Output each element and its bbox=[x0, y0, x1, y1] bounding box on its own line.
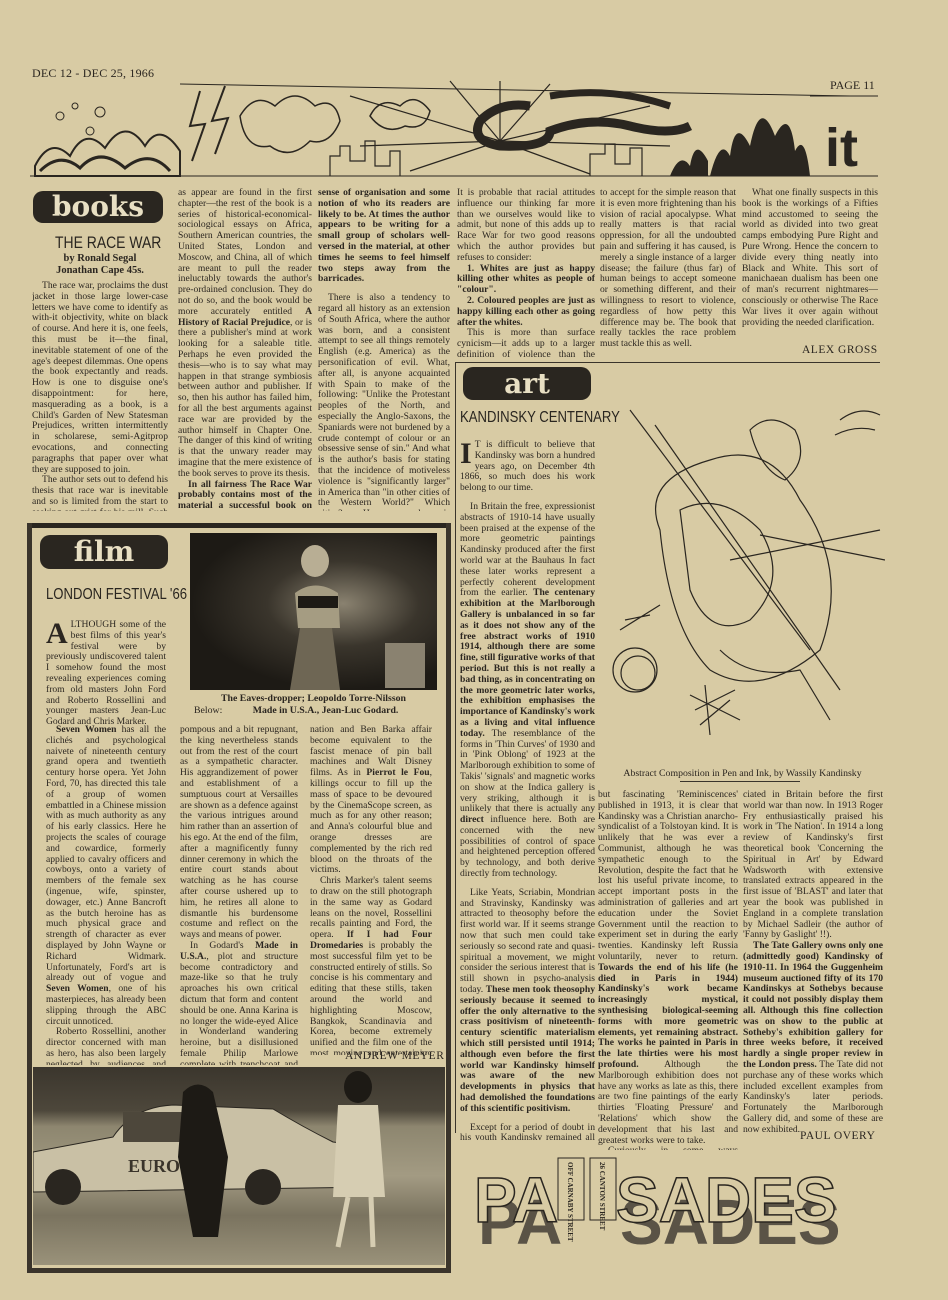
film-column-2: pompous and a bit repugnant, the king ne… bbox=[180, 725, 298, 1065]
books-signature: ALEX GROSS bbox=[802, 344, 878, 356]
art-headline: KANDINSKY CENTENARY bbox=[460, 409, 620, 427]
books-byline: by Ronald Segal Jonathan Cape 45s. bbox=[35, 253, 165, 277]
film-column-3: nation and Ben Barka affair become equiv… bbox=[310, 725, 432, 1055]
section-label-film: film bbox=[40, 535, 168, 569]
caption-below-label: Below: bbox=[194, 705, 222, 716]
books-column-3: sense of organisation and some notion of… bbox=[318, 188, 450, 511]
section-label-art: art bbox=[463, 367, 591, 400]
film-frame-top bbox=[27, 523, 451, 528]
film-paragraph-continued: nation and Ben Barka affair become equiv… bbox=[310, 725, 432, 876]
books-paragraph-continued: to accept for the simple reason that it … bbox=[600, 188, 736, 350]
books-paragraph: This is more than surface cynicism—it ad… bbox=[457, 328, 595, 358]
abstract-pen-ink-drawing bbox=[600, 390, 885, 765]
illustration-caption: Abstract Composition in Pen and Ink, by … bbox=[600, 768, 885, 779]
photo-figure-woman bbox=[190, 533, 437, 690]
film-photo-caption-below: Below: Made in U.S.A., Jean-Luc Godard. bbox=[190, 705, 437, 716]
art-paragraph: The Tate Gallery owns only one (admitted… bbox=[743, 941, 883, 1135]
books-column-4: It is probable that racial attitudes inf… bbox=[457, 188, 595, 358]
books-column-1: The race war, proclaims the dust jacket … bbox=[32, 281, 168, 511]
film-paragraph: In Godard's Made in U.S.A., plot and str… bbox=[180, 941, 298, 1065]
books-paragraph: There is also a tendency to regard all h… bbox=[318, 293, 450, 511]
books-paragraph-continued: as appear are found in the first chapter… bbox=[178, 188, 312, 480]
film-photo-caption: The Eaves-dropper; Leopoldo Torre-Nilsso… bbox=[190, 693, 437, 704]
film-frame-right bbox=[446, 523, 451, 1273]
books-column-6: What one finally suspects in this book i… bbox=[742, 188, 878, 348]
books-list-item-1: 1. Whites are just as happy killing othe… bbox=[457, 264, 595, 296]
art-paragraph: In Britain the free, expressionist abstr… bbox=[460, 502, 595, 880]
caption-rule bbox=[680, 781, 800, 782]
section-label-books: books bbox=[33, 191, 163, 223]
film-dropcap: A bbox=[46, 622, 68, 646]
books-headline: THE RACE WAR bbox=[55, 233, 161, 253]
film-column-1: Seven Women has all the clichés and psyc… bbox=[46, 725, 166, 1065]
film-photo-made-in-usa: EURO bbox=[33, 1067, 445, 1265]
art-paragraph: Curiously in some ways Kandinsky was bet… bbox=[598, 1146, 738, 1150]
books-column-2: as appear are found in the first chapter… bbox=[178, 188, 312, 511]
art-intro-text: T is difficult to believe that Kandinsky… bbox=[460, 440, 595, 493]
film-paragraph: Roberto Rossellini, another director con… bbox=[46, 1027, 166, 1065]
art-paragraph: Except for a period of doubt in his yout… bbox=[460, 1123, 595, 1140]
art-intro: IT is difficult to believe that Kandinsk… bbox=[460, 440, 595, 494]
art-column-1: IT is difficult to believe that Kandinsk… bbox=[460, 440, 595, 1140]
books-paragraph: The race war, proclaims the dust jacket … bbox=[32, 281, 168, 475]
art-column-3: ciated in Britain before the first world… bbox=[743, 790, 883, 1135]
svg-text:SADES: SADES bbox=[616, 1164, 837, 1236]
masthead-banner: it bbox=[30, 76, 878, 180]
books-paragraph: In all fairness The Race War probably co… bbox=[178, 480, 312, 511]
masthead-logo-text: it bbox=[825, 118, 858, 178]
art-dropcap: I bbox=[460, 442, 472, 466]
divider bbox=[455, 362, 880, 363]
books-list-item-2: 2. Coloured peoples are just as happy ki… bbox=[457, 296, 595, 328]
books-paragraph: What one finally suspects in this book i… bbox=[742, 188, 878, 328]
art-paragraph: Like Yeats, Scriabin, Mondrian and Strav… bbox=[460, 888, 595, 1115]
books-column-5: to accept for the simple reason that it … bbox=[600, 188, 736, 358]
film-paragraph-continued: pompous and a bit repugnant, the king ne… bbox=[180, 725, 298, 941]
film-signature: ANDREW MEYER bbox=[345, 1050, 444, 1062]
film-frame-left bbox=[27, 523, 32, 1273]
film-headline: LONDON FESTIVAL '66 bbox=[46, 586, 187, 604]
books-paragraph: It is probable that racial attitudes inf… bbox=[457, 188, 595, 264]
books-paragraph-continued: sense of organisation and some notion of… bbox=[318, 188, 450, 285]
art-signature: PAUL OVERY bbox=[800, 1130, 875, 1142]
psychedelic-banner-illustration: it bbox=[30, 76, 878, 180]
film-paragraph: Seven Women has all the clichés and psyc… bbox=[46, 725, 166, 1027]
art-paragraph-continued: but fascinating 'Reminiscences' publishe… bbox=[598, 790, 738, 1146]
art-column-2: but fascinating 'Reminiscences' publishe… bbox=[598, 790, 738, 1150]
books-author: by Ronald Segal bbox=[35, 253, 165, 265]
newspaper-page: DEC 12 - DEC 25, 1966 PAGE 11 bbox=[0, 0, 948, 1300]
ad-address-line-2: OFF CARNABY STREET bbox=[566, 1162, 574, 1242]
car-sign-text: EURO bbox=[128, 1156, 180, 1176]
caption-below-title: Made in U.S.A., Jean-Luc Godard. bbox=[253, 705, 399, 716]
art-column-divider bbox=[455, 363, 456, 1133]
film-photo-eaves-dropper bbox=[190, 533, 437, 690]
palisades-logo: PA PA SADES SADES OFF CARNABY STREET 26 … bbox=[458, 1152, 888, 1264]
books-paragraph: The author sets out to defend his thesis… bbox=[32, 475, 168, 511]
kandinsky-illustration bbox=[600, 390, 885, 765]
palisades-advertisement: PA PA SADES SADES OFF CARNABY STREET 26 … bbox=[458, 1152, 888, 1264]
photo-car-scene: EURO bbox=[33, 1067, 445, 1265]
film-paragraph: Chris Marker's talent seems to draw on t… bbox=[310, 876, 432, 1055]
books-publisher: Jonathan Cape 45s. bbox=[35, 265, 165, 277]
art-paragraph-continued: ciated in Britain before the first world… bbox=[743, 790, 883, 941]
svg-text:PA: PA bbox=[474, 1164, 558, 1236]
ad-address-line-1: 26 CANTON STREET bbox=[598, 1162, 606, 1231]
film-frame-bottom bbox=[27, 1268, 451, 1273]
